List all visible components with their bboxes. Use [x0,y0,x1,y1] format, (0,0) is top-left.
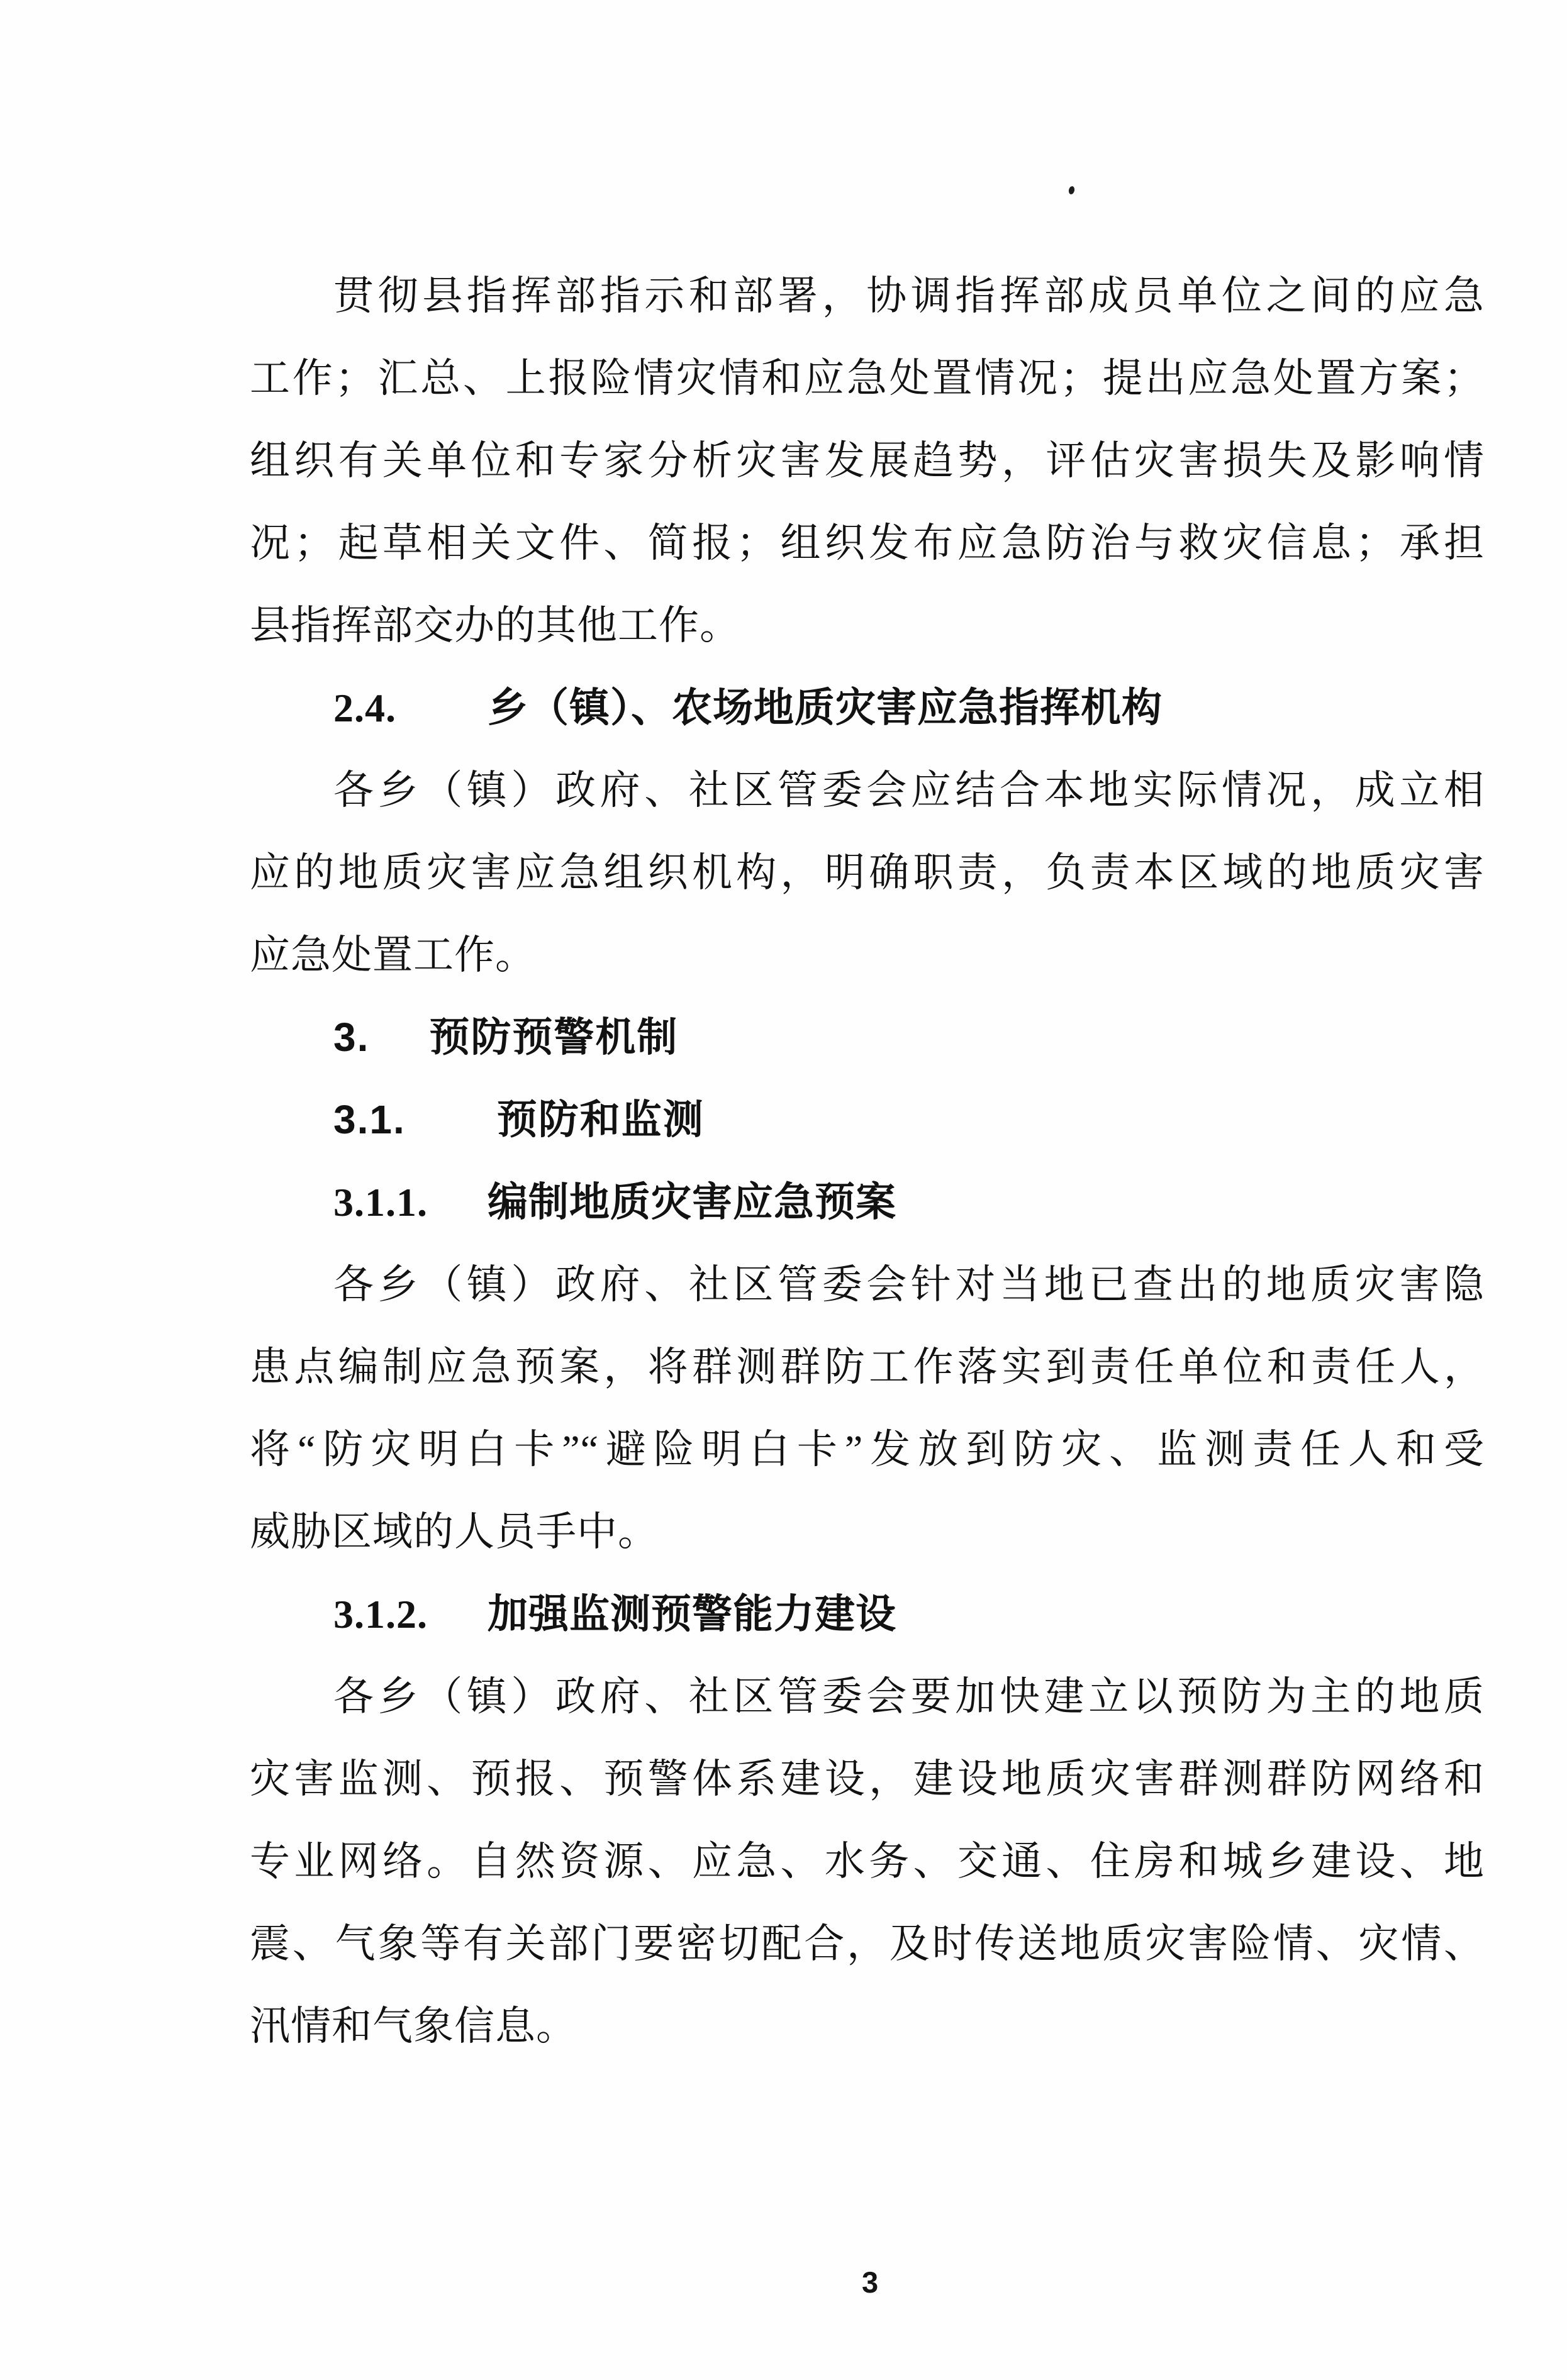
body-text-line: 贯彻县指挥部指示和部署，协调指挥部成员单位之间的应急 [250,255,1485,337]
body-text-line: 威胁区域的人员手中。 [250,1491,1485,1573]
body-text-line: 汛情和气象信息。 [250,1985,1485,2067]
body-text-line: 县指挥部交办的其他工作。 [250,584,1485,667]
heading-title: 加强监测预警能力建设 [488,1592,896,1637]
section-heading-3-1-2: 3.1.2.加强监测预警能力建设 [250,1573,1485,1655]
heading-number: 3.1.2. [333,1573,428,1655]
body-text-line: 灾害监测、预报、预警体系建设，建设地质灾害群测群防网络和 [250,1738,1485,1820]
body-text-line: 各乡（镇）政府、社区管委会针对当地已查出的地质灾害隐 [250,1243,1485,1326]
heading-title: 乡（镇）、农场地质灾害应急指挥机构 [488,686,1163,730]
body-text-line: 专业网络。自然资源、应急、水务、交通、住房和城乡建设、地 [250,1820,1485,1903]
scan-speck [1068,186,1076,195]
document-page: { "page": { "background": "#fefefe", "te… [0,0,1567,2380]
body-text-line: 震、气象等有关部门要密切配合，及时传送地质灾害险情、灾情、 [250,1903,1485,1985]
body-text-line: 各乡（镇）政府、社区管委会要加快建立以预防为主的地质 [250,1655,1485,1738]
body-text-line: 各乡（镇）政府、社区管委会应结合本地实际情况，成立相 [250,749,1485,831]
heading-number: 3.1. [333,1079,406,1161]
section-heading-3-1-1: 3.1.1.编制地质灾害应急预案 [250,1161,1485,1243]
body-text-line: 工作；汇总、上报险情灾情和应急处置情况；提出应急处置方案； [250,337,1485,420]
body-text-line: 将“防灾明白卡”“避险明白卡”发放到防灾、监测责任人和受 [250,1408,1485,1491]
section-heading-2-4: 2.4.乡（镇）、农场地质灾害应急指挥机构 [250,667,1485,749]
section-heading-3-1: 3.1.预防和监测 [250,1079,1485,1161]
document-body: 贯彻县指挥部指示和部署，协调指挥部成员单位之间的应急 工作；汇总、上报险情灾情和… [250,255,1485,2067]
heading-number: 3.1.1. [333,1161,428,1243]
body-text-line: 况；起草相关文件、简报；组织发布应急防治与救灾信息；承担 [250,502,1485,584]
section-heading-3: 3.预防预警机制 [250,996,1485,1079]
page-number: 3 [862,2267,878,2297]
body-text-line: 应急处置工作。 [250,914,1485,996]
heading-number: 3. [333,996,369,1079]
body-text-line: 应的地质灾害应急组织机构，明确职责，负责本区域的地质灾害 [250,831,1485,914]
heading-title: 预防预警机制 [429,1015,678,1060]
heading-number: 2.4. [333,667,396,749]
heading-title: 编制地质灾害应急预案 [488,1180,896,1225]
heading-title: 预防和监测 [497,1097,705,1142]
body-text-line: 患点编制应急预案，将群测群防工作落实到责任单位和责任人， [250,1326,1485,1408]
body-text-line: 组织有关单位和专家分析灾害发展趋势，评估灾害损失及影响情 [250,420,1485,502]
